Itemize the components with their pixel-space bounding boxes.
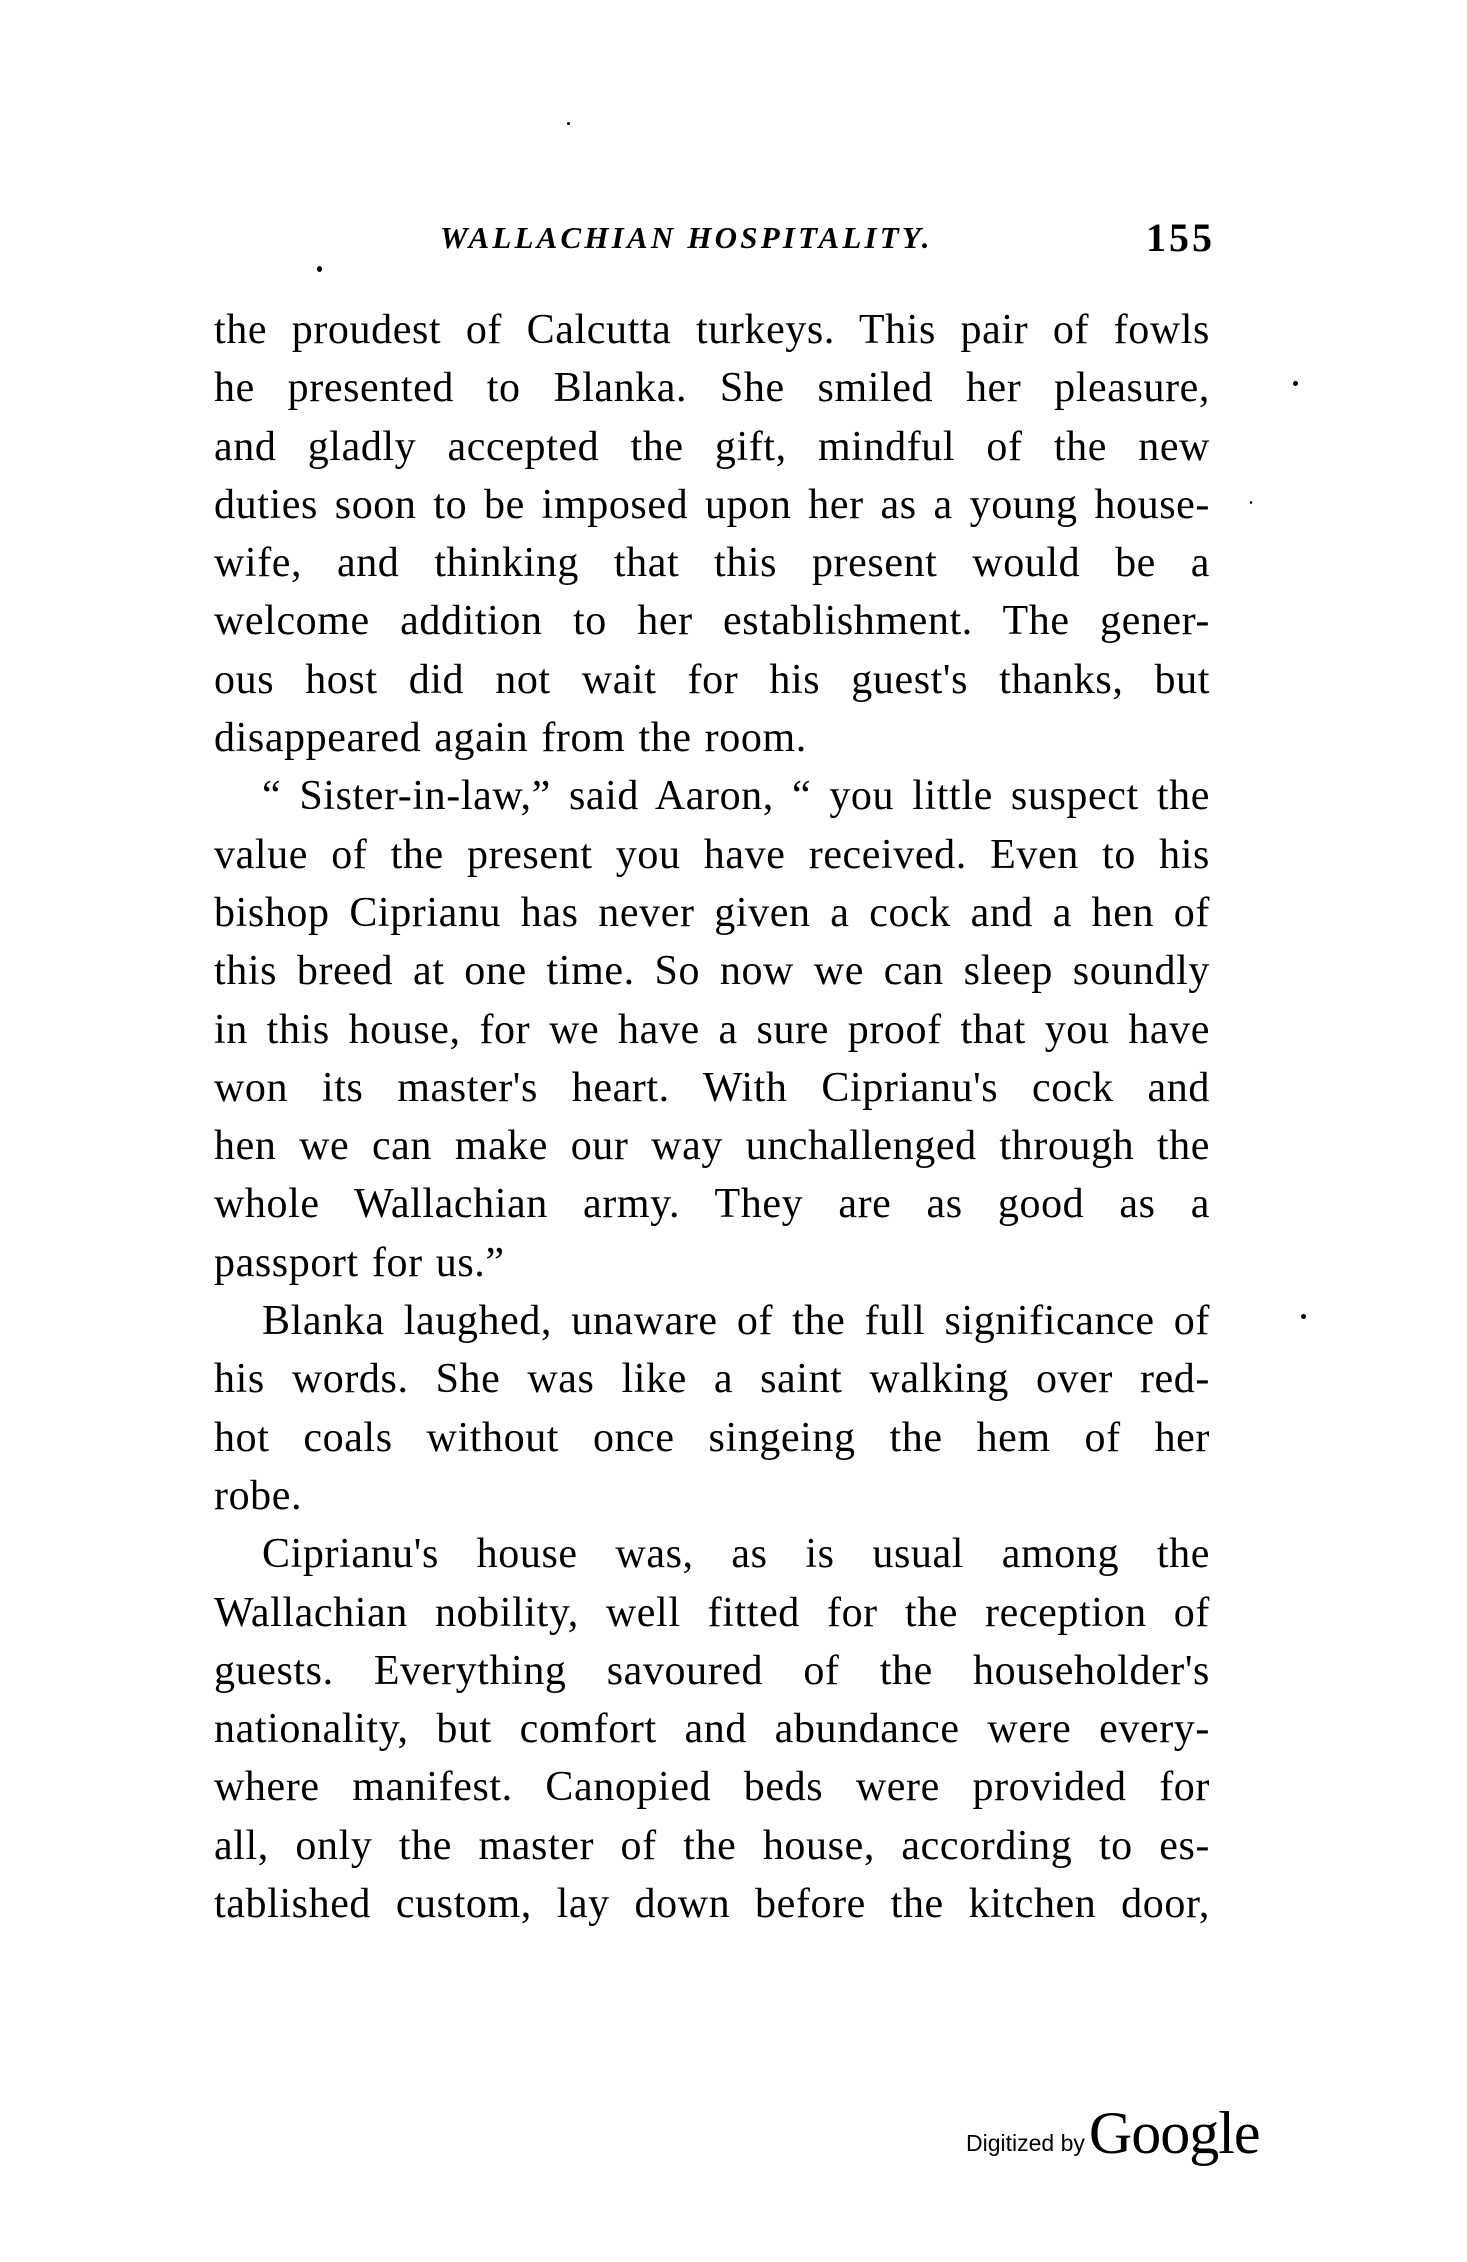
text-line: all, only the master of the house, accor…: [214, 1817, 1210, 1875]
paragraph: Blanka laughed, unaware of the full sign…: [214, 1292, 1210, 1525]
body-text: the proudest of Calcutta turkeys. This p…: [214, 301, 1210, 1933]
page-number: 155: [1146, 216, 1212, 260]
scan-speck: [317, 266, 322, 272]
book-page: WALLACHIAN HOSPITALITY. 155 the proudest…: [0, 0, 1467, 2262]
text-line: “ Sister-in-law,” said Aaron, “ you litt…: [214, 767, 1210, 825]
text-line: hot coals without once singeing the hem …: [214, 1409, 1210, 1467]
scan-speck: [1301, 1314, 1306, 1319]
text-line: guests. Everything savoured of the house…: [214, 1642, 1210, 1700]
text-line: bishop Ciprianu has never given a cock a…: [214, 884, 1210, 942]
text-line: passport for us.”: [214, 1234, 1210, 1292]
text-line: won its master's heart. With Ciprianu's …: [214, 1059, 1210, 1117]
paragraph: Ciprianu's house was, as is usual among …: [214, 1525, 1210, 1933]
text-line: where manifest. Canopied beds were provi…: [214, 1758, 1210, 1816]
text-line: nationality, but comfort and abundance w…: [214, 1700, 1210, 1758]
text-line: Blanka laughed, unaware of the full sign…: [214, 1292, 1210, 1350]
text-line: the proudest of Calcutta turkeys. This p…: [214, 301, 1210, 359]
google-logo: Google: [1089, 2100, 1260, 2166]
text-line: disappeared again from the room.: [214, 709, 1210, 767]
text-line: value of the present you have received. …: [214, 826, 1210, 884]
text-line: hen we can make our way unchallenged thr…: [214, 1117, 1210, 1175]
running-head: WALLACHIAN HOSPITALITY.: [440, 218, 1000, 258]
scan-speck: [1250, 501, 1252, 504]
text-line: he presented to Blanka. She smiled her p…: [214, 359, 1210, 417]
scan-speck: [567, 122, 570, 125]
watermark-prefix: Digitized by: [966, 2130, 1085, 2156]
text-line: his words. She was like a saint walking …: [214, 1350, 1210, 1408]
text-line: welcome addition to her establishment. T…: [214, 592, 1210, 650]
scan-speck: [1293, 381, 1298, 386]
google-watermark: Digitized by Google: [966, 2098, 1276, 2168]
text-line: wife, and thinking that this present wou…: [214, 534, 1210, 592]
paragraph: “ Sister-in-law,” said Aaron, “ you litt…: [214, 767, 1210, 1292]
text-line: this breed at one time. So now we can sl…: [214, 942, 1210, 1000]
text-line: duties soon to be imposed upon her as a …: [214, 476, 1210, 534]
text-line: Ciprianu's house was, as is usual among …: [214, 1525, 1210, 1583]
text-line: tablished custom, lay down before the ki…: [214, 1875, 1210, 1933]
text-line: Wallachian nobility, well fitted for the…: [214, 1584, 1210, 1642]
text-line: ous host did not wait for his guest's th…: [214, 651, 1210, 709]
paragraph: the proudest of Calcutta turkeys. This p…: [214, 301, 1210, 767]
text-line: robe.: [214, 1467, 1210, 1525]
text-line: and gladly accepted the gift, mindful of…: [214, 418, 1210, 476]
text-line: whole Wallachian army. They are as good …: [214, 1175, 1210, 1233]
text-line: in this house, for we have a sure proof …: [214, 1001, 1210, 1059]
